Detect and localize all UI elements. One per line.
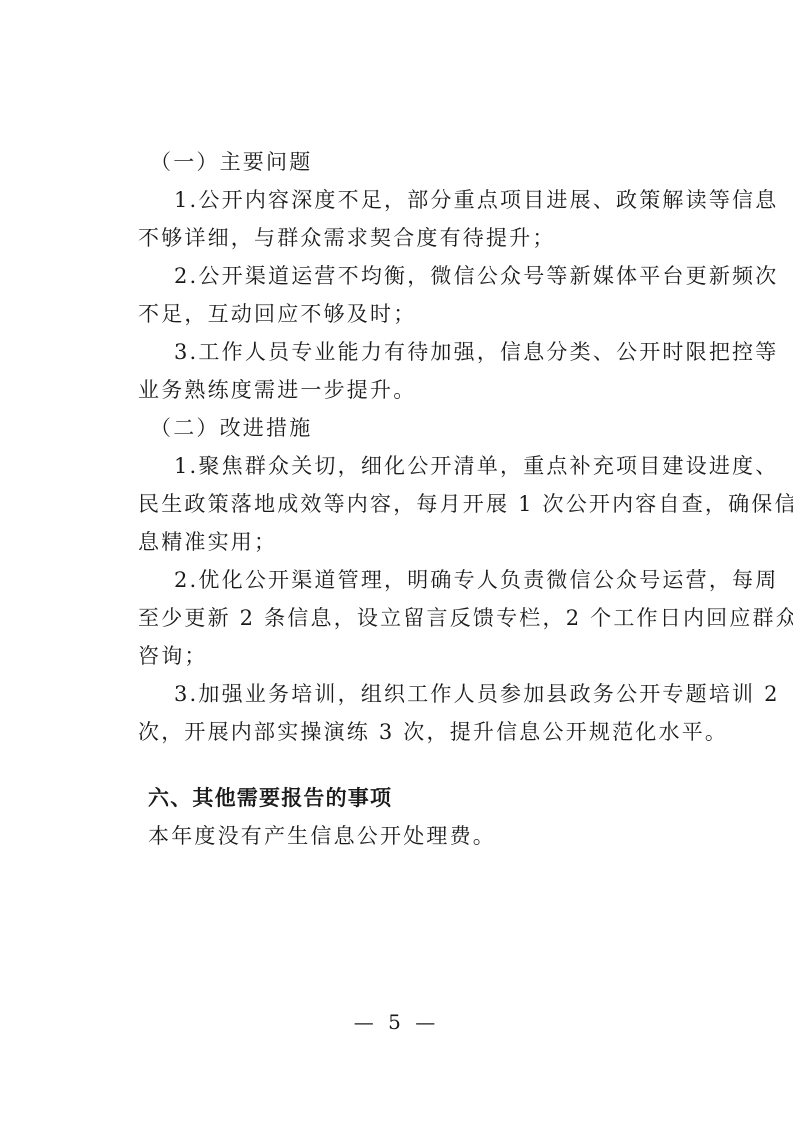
measure-item-1-line-3: 息精准实用； — [138, 528, 277, 556]
measure-item-2-line-2: 至少更新 2 条信息，设立留言反馈专栏，2 个工作日内回应群众 — [138, 604, 793, 632]
measure-item-1-line-2: 民生政策落地成效等内容，每月开展 1 次公开内容自查，确保信 — [138, 490, 793, 518]
problem-item-3-line-2: 业务熟练度需进一步提升。 — [138, 376, 416, 404]
measure-item-2-line-1: 2.优化公开渠道管理，明确专人负责微信公众号运营，每周 — [174, 566, 778, 594]
document-page: （一）主要问题 1.公开内容深度不足，部分重点项目进展、政策解读等信息 不够详细… — [0, 0, 793, 1122]
subsection-heading-measures: （二）改进措施 — [150, 414, 312, 442]
problem-item-1-line-1: 1.公开内容深度不足，部分重点项目进展、政策解读等信息 — [174, 186, 778, 214]
measure-item-1-line-1: 1.聚焦群众关切，细化公开清单，重点补充项目建设进度、 — [174, 452, 778, 480]
measure-item-3-line-2: 次，开展内部实操演练 3 次，提升信息公开规范化水平。 — [138, 718, 728, 746]
other-matters-body: 本年度没有产生信息公开处理费。 — [148, 822, 496, 850]
problem-item-3-line-1: 3.工作人员专业能力有待加强，信息分类、公开时限把控等 — [174, 338, 778, 366]
section-heading-other-matters: 六、其他需要报告的事项 — [148, 784, 392, 812]
page-number: — 5 — — [0, 1010, 793, 1034]
problem-item-2-line-1: 2.公开渠道运营不均衡，微信公众号等新媒体平台更新频次 — [174, 262, 778, 290]
problem-item-2-line-2: 不足，互动回应不够及时； — [138, 300, 416, 328]
measure-item-2-line-3: 咨询； — [138, 642, 208, 670]
problem-item-1-line-2: 不够详细，与群众需求契合度有待提升； — [138, 224, 556, 252]
measure-item-3-line-1: 3.加强业务培训，组织工作人员参加县政务公开专题培训 2 — [174, 680, 780, 708]
subsection-heading-problems: （一）主要问题 — [150, 148, 312, 176]
